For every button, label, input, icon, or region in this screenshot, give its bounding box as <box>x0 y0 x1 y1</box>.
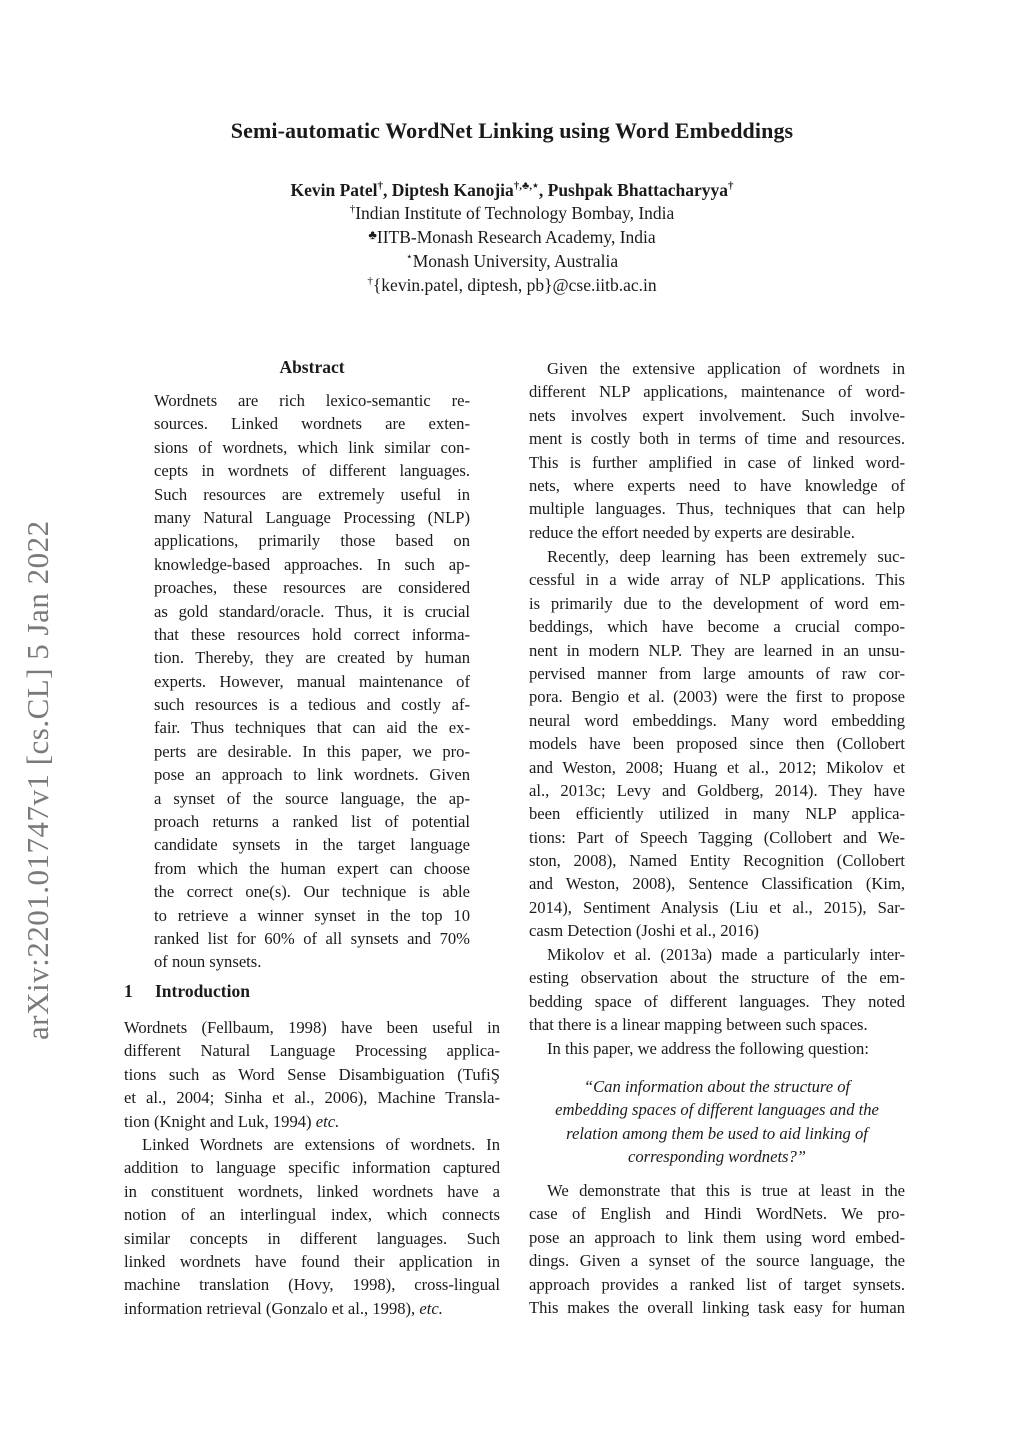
abstract-line: ranked list for 60% of all synsets and 7… <box>154 927 470 950</box>
abstract-line: experts. However, manual maintenance of <box>154 670 470 693</box>
abstract-line: the correct one(s). Our technique is abl… <box>154 880 470 903</box>
abstract-line: to retrieve a winner synset in the top 1… <box>154 904 470 927</box>
text-line: We demonstrate that this is true at leas… <box>529 1179 905 1202</box>
author-name: Kevin Patel <box>290 180 377 200</box>
text-line: machine translation (Hovy, 1998), cross-… <box>124 1273 500 1296</box>
text-line: that there is a linear mapping between s… <box>529 1013 905 1036</box>
text-line: notion of an interlingual index, which c… <box>124 1203 500 1226</box>
section-title: Introduction <box>155 981 250 1001</box>
abstract-line: that these resources hold correct inform… <box>154 623 470 646</box>
text-line: tions such as Word Sense Disambiguation … <box>124 1063 500 1086</box>
affiliation-text: Indian Institute of Technology Bombay, I… <box>355 203 674 223</box>
text-line: Wordnets (Fellbaum, 1998) have been usef… <box>124 1016 500 1039</box>
affiliation: ♣IITB-Monash Research Academy, India <box>0 227 1024 248</box>
text-line: is primarily due to the development of w… <box>529 592 905 615</box>
abstract-line: of noun synsets. <box>154 950 470 973</box>
text-line: similar concepts in different languages.… <box>124 1227 500 1250</box>
abstract-line: candidate synsets in the target language <box>154 833 470 856</box>
club-icon: ♣ <box>368 227 377 242</box>
author-list: Kevin Patel†, Diptesh Kanojia†,♣,⋆, Push… <box>0 180 1024 201</box>
text-line: pora. Bengio et al. (2003) were the firs… <box>529 685 905 708</box>
author-affiliation-mark: † <box>728 180 734 192</box>
abstract-line: as gold standard/oracle. Thus, it is cru… <box>154 600 470 623</box>
text-line: nent in modern NLP. They are learned in … <box>529 639 905 662</box>
abstract-line: proaches, these resources are considered <box>154 576 470 599</box>
abstract-line: Wordnets are rich lexico-semantic re- <box>154 389 470 412</box>
abstract-line: a synset of the source language, the ap- <box>154 787 470 810</box>
abstract-line: many Natural Language Processing (NLP) <box>154 506 470 529</box>
text-line: esting observation about the structure o… <box>529 966 905 989</box>
text-line: reduce the effort needed by experts are … <box>529 521 905 544</box>
abstract-line: proach returns a ranked list of potentia… <box>154 810 470 833</box>
email-text: {kevin.patel, diptesh, pb}@cse.iitb.ac.i… <box>373 275 657 295</box>
abstract-line: tion. Thereby, they are created by human <box>154 646 470 669</box>
affiliation: ⋆Monash University, Australia <box>0 251 1024 272</box>
text-line: This makes the overall linking task easy… <box>529 1296 905 1319</box>
text-line: ment is costly both in terms of time and… <box>529 427 905 450</box>
text-line: This is further amplified in case of lin… <box>529 451 905 474</box>
author-affiliation-mark: †,♣,⋆ <box>514 180 539 192</box>
right-paragraph-1: Given the extensive application of wordn… <box>529 357 905 544</box>
affiliation: †Indian Institute of Technology Bombay, … <box>0 203 1024 224</box>
intro-paragraph-2: Linked Wordnets are extensions of wordne… <box>124 1133 500 1320</box>
text-fragment: tion (Knight and Luk, 1994) <box>124 1112 316 1131</box>
abstract-heading: Abstract <box>154 357 470 378</box>
text-line: casm Detection (Joshi et al., 2016) <box>529 919 905 942</box>
text-line: multiple languages. Thus, techniques tha… <box>529 497 905 520</box>
text-line: Recently, deep learning has been extreme… <box>529 545 905 568</box>
text-line: neural word embeddings. Many word embedd… <box>529 709 905 732</box>
text-line: bedding space of different languages. Th… <box>529 990 905 1013</box>
abstract-line: knowledge-based approaches. In such ap- <box>154 553 470 576</box>
author-emails: †{kevin.patel, diptesh, pb}@cse.iitb.ac.… <box>0 275 1024 296</box>
text-line: tion (Knight and Luk, 1994) etc. <box>124 1110 500 1133</box>
author-separator: , <box>383 180 392 200</box>
text-line: information retrieval (Gonzalo et al., 1… <box>124 1297 500 1320</box>
text-line: addition to language specific informatio… <box>124 1156 500 1179</box>
right-paragraph-5: We demonstrate that this is true at leas… <box>529 1179 905 1319</box>
text-line: ston, 2008), Named Entity Recognition (C… <box>529 849 905 872</box>
section-heading-introduction: 1Introduction <box>124 981 250 1002</box>
text-line: tions: Part of Speech Tagging (Collobert… <box>529 826 905 849</box>
author-name: Diptesh Kanojia <box>392 180 514 200</box>
abstract-line: sions of wordnets, which link similar co… <box>154 436 470 459</box>
italic-etc: etc. <box>419 1299 443 1318</box>
affiliation-text: IITB-Monash Research Academy, India <box>377 227 656 247</box>
text-line: in constituent wordnets, linked wordnets… <box>124 1180 500 1203</box>
abstract-line: cepts in wordnets of different languages… <box>154 459 470 482</box>
section-number: 1 <box>124 981 155 1002</box>
abstract-line: sources. Linked wordnets are exten- <box>154 412 470 435</box>
text-line: 2014), Sentiment Analysis (Liu et al., 2… <box>529 896 905 919</box>
text-line: cessful in a wide array of NLP applicati… <box>529 568 905 591</box>
right-paragraph-3: Mikolov et al. (2013a) made a particular… <box>529 943 905 1037</box>
right-paragraph-2: Recently, deep learning has been extreme… <box>529 545 905 943</box>
intro-paragraph-1: Wordnets (Fellbaum, 1998) have been usef… <box>124 1016 500 1133</box>
author-separator: , <box>539 180 548 200</box>
text-line: models have been proposed since then (Co… <box>529 732 905 755</box>
quote-line: corresponding wordnets?” <box>529 1145 905 1168</box>
text-line: pervised manner from large amounts of ra… <box>529 662 905 685</box>
text-fragment: information retrieval (Gonzalo et al., 1… <box>124 1299 419 1318</box>
abstract-line: pose an approach to link wordnets. Given <box>154 763 470 786</box>
arxiv-identifier-stamp: arXiv:2201.01747v1 [cs.CL] 5 Jan 2022 <box>20 520 56 1040</box>
text-line: nets, where experts need to have knowled… <box>529 474 905 497</box>
affiliation-text: Monash University, Australia <box>413 251 618 271</box>
text-line: Mikolov et al. (2013a) made a particular… <box>529 943 905 966</box>
text-line: approach provides a ranked list of targe… <box>529 1273 905 1296</box>
text-line: different Natural Language Processing ap… <box>124 1039 500 1062</box>
abstract-line: perts are desirable. In this paper, we p… <box>154 740 470 763</box>
text-line: Linked Wordnets are extensions of wordne… <box>124 1133 500 1156</box>
text-line: pose an approach to link them using word… <box>529 1226 905 1249</box>
text-line: dings. Given a synset of the source lang… <box>529 1249 905 1272</box>
text-line: been efficiently utilized in many NLP ap… <box>529 802 905 825</box>
quote-line: embedding spaces of different languages … <box>529 1098 905 1121</box>
author-name: Pushpak Bhattacharyya <box>548 180 728 200</box>
quote-line: “Can information about the structure of <box>529 1075 905 1098</box>
research-question-quote: “Can information about the structure of … <box>529 1075 905 1169</box>
affiliation-mark: ⋆ <box>406 251 413 263</box>
text-line: and Weston, 2008; Huang et al., 2012; Mi… <box>529 756 905 779</box>
abstract-line: from which the human expert can choose <box>154 857 470 880</box>
italic-etc: etc. <box>316 1112 340 1131</box>
text-line: case of English and Hindi WordNets. We p… <box>529 1202 905 1225</box>
text-line: In this paper, we address the following … <box>529 1037 905 1060</box>
text-line: and Weston, 2008), Sentence Classificati… <box>529 872 905 895</box>
text-line: beddings, which have become a crucial co… <box>529 615 905 638</box>
abstract-line: such resources is a tedious and costly a… <box>154 693 470 716</box>
abstract-line: fair. Thus techniques that can aid the e… <box>154 716 470 739</box>
quote-line: relation among them be used to aid linki… <box>529 1122 905 1145</box>
abstract-body: Wordnets are rich lexico-semantic re- so… <box>154 389 470 974</box>
text-line: different NLP applications, maintenance … <box>529 380 905 403</box>
abstract-line: applications, primarily those based on <box>154 529 470 552</box>
text-line: al., 2013c; Levy and Goldberg, 2014). Th… <box>529 779 905 802</box>
text-line: Given the extensive application of wordn… <box>529 357 905 380</box>
paper-title: Semi-automatic WordNet Linking using Wor… <box>0 118 1024 144</box>
text-line: linked wordnets have found their applica… <box>124 1250 500 1273</box>
text-line: et al., 2004; Sinha et al., 2006), Machi… <box>124 1086 500 1109</box>
abstract-line: Such resources are extremely useful in <box>154 483 470 506</box>
text-line: nets involves expert involvement. Such i… <box>529 404 905 427</box>
right-paragraph-4: In this paper, we address the following … <box>529 1037 905 1060</box>
